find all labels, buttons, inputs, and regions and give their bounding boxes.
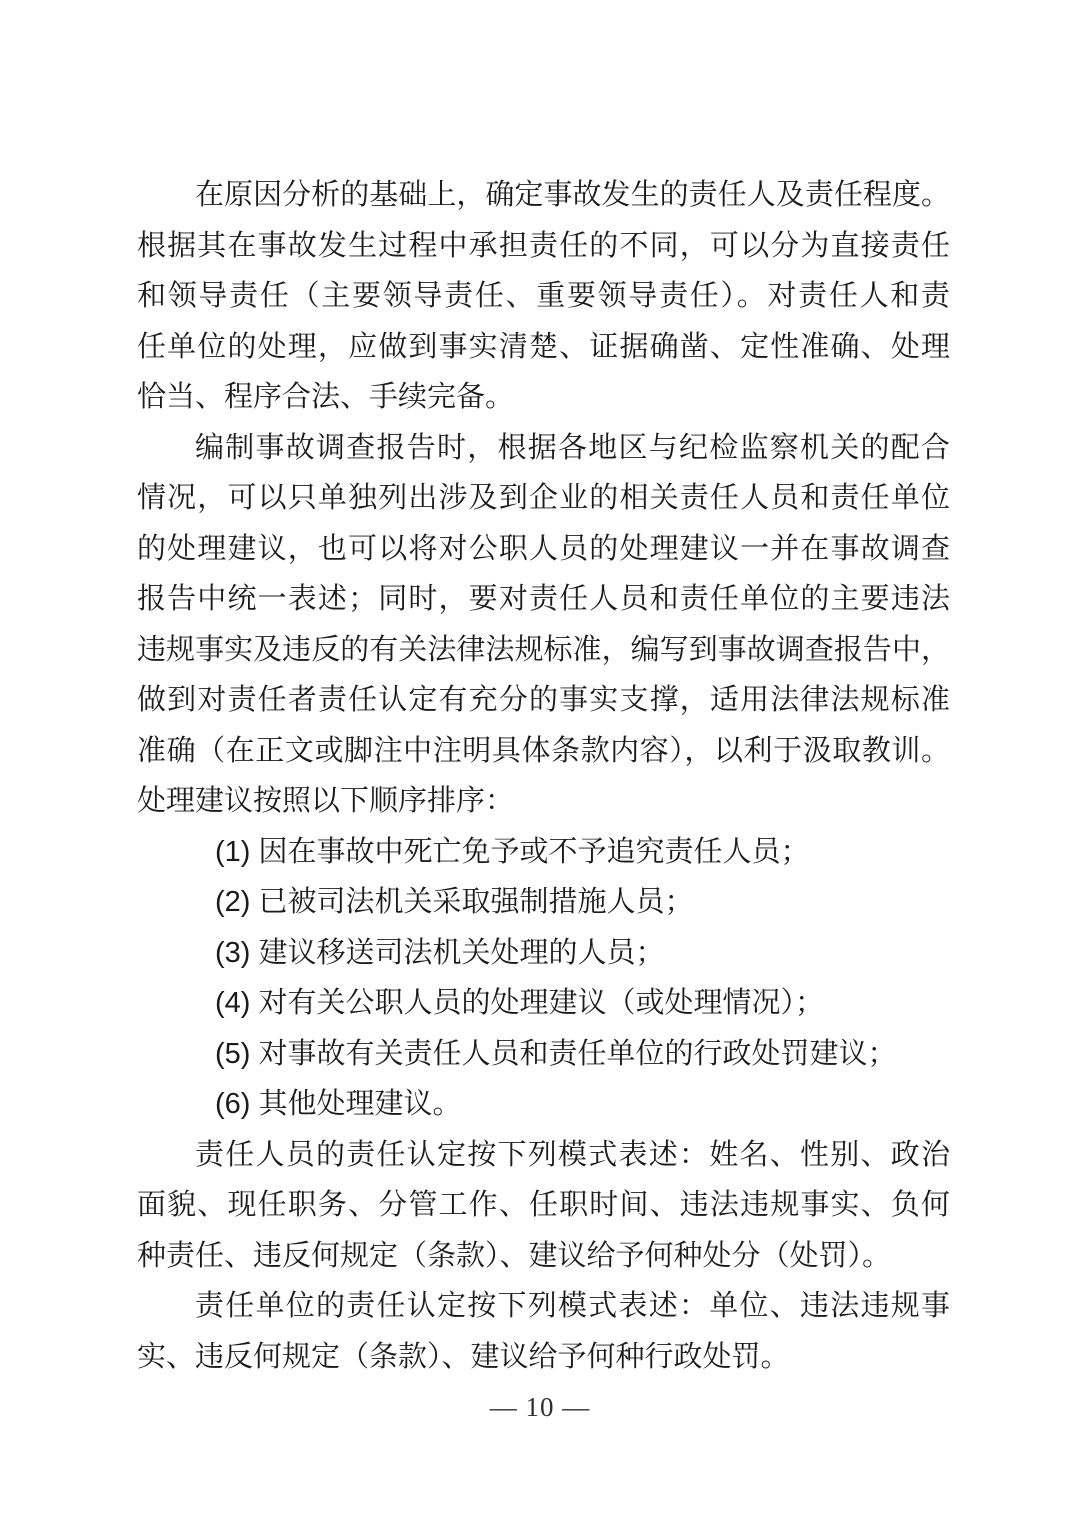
text-line: 种责任、违反何规定（条款）、建议给予何种处分（处罚）。 [137, 1231, 950, 1282]
page-footer: — 10 — [0, 1392, 1080, 1423]
text-line: 报告中统一表述；同时，要对责任人员和责任单位的主要违法 [137, 574, 950, 625]
text-line: 处理建议按照以下顺序排序： [137, 776, 950, 827]
text-line: 做到对责任者责任认定有充分的事实支撑，适用法律法规标准 [137, 675, 950, 726]
text-line: 编制事故调查报告时，根据各地区与纪检监察机关的配合 [137, 423, 950, 474]
text-line: 准确（在正文或脚注中注明具体条款内容），以利于汲取教训。 [137, 726, 950, 777]
text-line: 恰当、程序合法、手续完备。 [137, 372, 950, 423]
text-line: 在原因分析的基础上，确定事故发生的责任人及责任程度。 [137, 170, 950, 221]
body-text: 在原因分析的基础上，确定事故发生的责任人及责任程度。 根据其在事故发生过程中承担… [137, 170, 950, 1382]
text-line: 责任人员的责任认定按下列模式表述：姓名、性别、政治 [137, 1130, 950, 1181]
text-line: 面貌、现任职务、分管工作、任职时间、违法违规事实、负何 [137, 1180, 950, 1231]
list-item: (4) 对有关公职人员的处理建议（或处理情况）； [137, 978, 950, 1029]
paragraph-3: 责任人员的责任认定按下列模式表述：姓名、性别、政治 面貌、现任职务、分管工作、任… [137, 1130, 950, 1282]
list-item: (6) 其他处理建议。 [137, 1079, 950, 1130]
text-line: 的处理建议，也可以将对公职人员的处理建议一并在事故调查 [137, 524, 950, 575]
paragraph-2: 编制事故调查报告时，根据各地区与纪检监察机关的配合 情况，可以只单独列出涉及到企… [137, 423, 950, 827]
text-line: 和领导责任（主要领导责任、重要领导责任）。对责任人和责 [137, 271, 950, 322]
list-item: (5) 对事故有关责任人员和责任单位的行政处罚建议； [137, 1029, 950, 1080]
paragraph-1: 在原因分析的基础上，确定事故发生的责任人及责任程度。 根据其在事故发生过程中承担… [137, 170, 950, 423]
list-item: (1) 因在事故中死亡免予或不予追究责任人员； [137, 827, 950, 878]
text-line: 责任单位的责任认定按下列模式表述：单位、违法违规事 [137, 1281, 950, 1332]
list-item: (3) 建议移送司法机关处理的人员； [137, 928, 950, 979]
paragraph-4: 责任单位的责任认定按下列模式表述：单位、违法违规事 实、违反何规定（条款）、建议… [137, 1281, 950, 1382]
text-line: 任单位的处理，应做到事实清楚、证据确凿、定性准确、处理 [137, 322, 950, 373]
numbered-list: (1) 因在事故中死亡免予或不予追究责任人员； (2) 已被司法机关采取强制措施… [137, 827, 950, 1130]
list-item: (2) 已被司法机关采取强制措施人员； [137, 877, 950, 928]
text-line: 违规事实及违反的有关法律法规标准，编写到事故调查报告中， [137, 625, 950, 676]
text-line: 根据其在事故发生过程中承担责任的不同，可以分为直接责任 [137, 221, 950, 272]
page-number: — 10 — [490, 1392, 591, 1422]
text-line: 情况，可以只单独列出涉及到企业的相关责任人员和责任单位 [137, 473, 950, 524]
text-line: 实、违反何规定（条款）、建议给予何种行政处罚。 [137, 1332, 950, 1383]
document-page: 在原因分析的基础上，确定事故发生的责任人及责任程度。 根据其在事故发生过程中承担… [0, 0, 1080, 1527]
